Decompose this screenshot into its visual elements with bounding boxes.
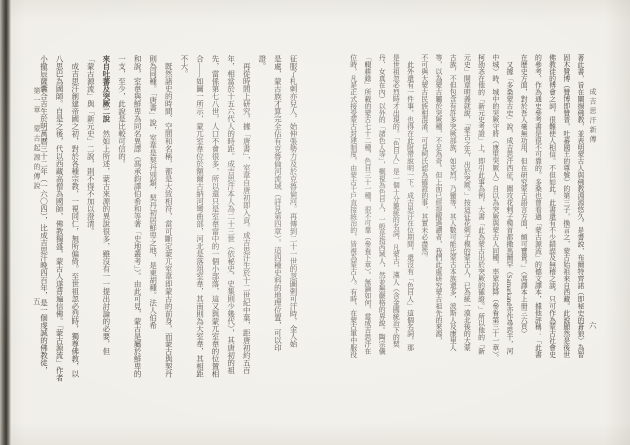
text-column: 中城）時，城中的突厥守將（康里突厥人）自以為突厥與蒙古人同種，率眾投降（參看第三…	[487, 54, 501, 372]
text-column: 又據「多桑蒙古史」說，成吉思汗西征，圍攻花剌子模首都撒馬爾罕（Samarkand…	[501, 54, 515, 372]
text-column: 和說，室韋與鮮卑為同名異譯（馮承鈞譯伯希和等著「史地叢考」）。由此可見，蒙古是屬…	[129, 55, 145, 373]
text-column: 在歷史方面，對於吾人毫無功用，但在研究蒙古語言方面，頗可寶貴。」（馮譯本上冊三六…	[515, 54, 529, 372]
left-page-text: 征服了札剌亦兒人，始伸張勢力及於克魯倫河。再傳到二十一世的忽圖剌可汗時，金人始是…	[36, 55, 301, 373]
book-scan-spread: { "book": { "running_title": "成吉思汗新傳", "…	[0, 0, 630, 445]
text-column: 成吉思汗創建帝國之初，對於各種宗教，一視同仁，無所偏倚。至世祖忽必烈時，獨尊佛教…	[67, 55, 83, 373]
text-column: 固木贊博（贊博即贊普，吐蕃國王的尊號）的第三子，換言之，蒙古始祖來自西藏。此說顯…	[558, 54, 572, 372]
text-column: 合——如圖一所示，蒙兀室韋位於額爾古納河彎曲部，河北是落俎室韋，其南則為大室韋，…	[192, 55, 208, 373]
text-column: 此外還有一件事，也得在此附帶說明一下。成吉思汗在位期間，還沒有「色目人」這個名詞…	[401, 54, 415, 372]
text-column: 則為同種。「唐書」說，室韋是契丹別類，契丹初居鮮卑之地，是東胡種。法人伯希	[145, 55, 161, 373]
text-column: 「蒙古源流」與「新元史」二說，則不得不加以澄清。	[83, 55, 99, 373]
text-column: 再從時間上研究，據「唐書」，室韋自唐初即入貢。成吉思汗生於十二世紀中葉，距唐初約…	[239, 55, 255, 373]
text-column: 「輟耕錄」所載的蒙古七十二種，色目三十一種，很不可靠（參看下章）。無論如何，當成…	[359, 54, 373, 372]
text-column: 征服了札剌亦兒人，始伸張勢力及於克魯倫河。再傳到二十一世的忽圖剌可汗時，金人始	[285, 55, 301, 373]
right-page-text: 著此書，旨在闡揚佛教，並表明蒙古人與佛教淵源悠久。是書說，布爾特齊諾（即秘史的蒼…	[345, 54, 586, 372]
text-column: 不可與大蒙古民族相混淆，可見柯氏認為確證的事，其實未必盡然。	[416, 54, 430, 372]
text-column: 年，相當於十五六代人的時距。成吉思汗本人為二十三世（依秘史、史集則少幾代），其唐…	[223, 55, 239, 373]
text-column: 元史」開章明義就說，「蒙古之先，出於突厥。」按這征花剌子模的蒙古人，已為統一漠北…	[458, 54, 472, 372]
page-number-left: 五	[33, 296, 41, 307]
text-column: 是處，蒙古族才算完全佔有克魯倫河流域（詳見第四章）。這四種史料的地理位置，可以印	[270, 55, 286, 373]
text-column: 一支，至少，此說是比較可信的。	[114, 55, 130, 373]
text-column: 證。	[254, 55, 270, 373]
text-column: 丹、女真在內）以外的「諸色人等」，概視為色目人，一般是指西域人，然並無嚴格的界說…	[373, 54, 387, 372]
text-column: 柯劭忞在他的「新元史考證」上，即引此事為例，大書「此為蒙古出於突厥的確證。」所以…	[472, 54, 486, 372]
text-column: 既然諸史的時間、空間和名稱，都是大致相符，當可斷定蒙兀室韋即蒙古的前身，而蒙古與…	[161, 55, 177, 373]
text-column: 位時，凡是正式接受蒙古封建制度，由蒙古千戶直接統治的，皆視為蒙古人。有時，在蒙古…	[345, 54, 359, 372]
text-column: 來自吐蕃及突厥二說 然如上所述，蒙古來源的異說很多，雖沒有一一提出討論的必要，但	[98, 55, 114, 373]
text-column: 的參考，作為通史參考書是很不可靠的。多桑也曾看過「蒙古源流」的德文譯本，據他評稱…	[529, 54, 543, 372]
text-column: 先，當係第七八世，人口不會很多，所以還只是室韋當中的一個小部落，這又與蒙兀室韋的…	[207, 55, 223, 373]
text-column: 等，以為蒙古屬於突厥種，不足為奇。但上面已經提醒過讀者，我們此處研究蒙古祖先的來…	[430, 54, 444, 372]
chapter-header: 第一章 蒙古起源的傳說	[32, 87, 42, 192]
text-column: 佛教徒的傅會之詞，很難使人相信。不但如此，此書還有不少錯誤及無稽之談，只可作為蒙…	[543, 54, 557, 372]
text-column: 古族，不但包含有許多突厥部族，如克烈、乃蠻等，其人數可能比蒙古本族還多，波斯人及…	[444, 54, 458, 372]
text-column: 不大。	[176, 55, 192, 373]
text-column: 八思巴為國師。自是之後，代以西藏高僧為國師，佛教獨盛，蒙古人遂普遍信佛。「蒙古源…	[52, 55, 68, 373]
text-column: 著此書，旨在闡揚佛教，並表明蒙古人與佛教淵源悠久。是書說，布爾特齊諾（即秘史的蒼…	[572, 54, 586, 372]
running-title: 成吉思汗新傳	[588, 88, 598, 145]
scan-edge-shadow	[0, 0, 11, 445]
text-column: 是世祖忽必烈時才出現的。「色目人」是一個十分籠統的名詞，凡蒙古、漢人（含金國統治…	[387, 54, 401, 372]
page-number-right: 六	[589, 320, 597, 331]
